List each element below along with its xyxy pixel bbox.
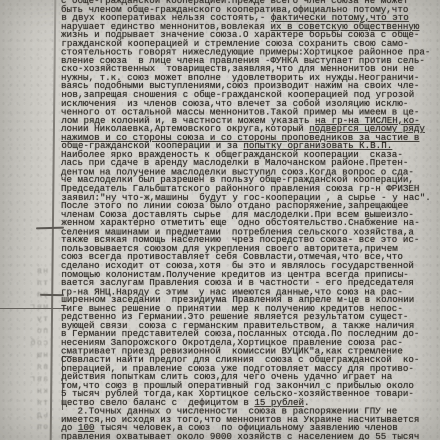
text-line: стоятельность говорят нижеследующие прим… — [61, 49, 437, 58]
bleedthrough-mark: ту — [2, 314, 48, 326]
bleedthrough-mark: кн — [2, 386, 48, 398]
bleedthrough-mark: соб — [2, 338, 48, 350]
text-line: правления охватывает около 9000 хозяйств… — [61, 433, 437, 440]
text-line: нов,запрещая сношения с обще-гражданской… — [61, 91, 437, 100]
text-line: ско-хозяйственных товариществ,заявляя,чт… — [61, 65, 437, 74]
bleedthrough-mark: авг — [2, 374, 48, 386]
text-block: с обще-гражданской кооперацией.Прежде вс… — [61, 0, 437, 440]
text-line: лом ряде колоний и, в частности можем ук… — [61, 117, 437, 126]
text-line: селения машинами и предметами потреблени… — [61, 228, 437, 237]
text-line: действия попыткам слить союз,для чего оч… — [61, 373, 437, 382]
pencil-tick-mark — [36, 227, 64, 230]
text-line: дентом на получение маслоделки выступил … — [61, 168, 437, 177]
text-line: до 100 тысяч человек,а союз по официальн… — [61, 424, 437, 433]
text-line: вующей связи союза с германским правител… — [61, 322, 437, 331]
bleedthrough-mark: уя — [2, 290, 48, 302]
text-line: в двух кооперативах нельзя состоять,- фа… — [61, 14, 437, 23]
bleedthrough-mark: нв — [2, 266, 48, 278]
pencil-horizontal-line — [0, 308, 68, 309]
bleedthrough-text: нвтлуямегтупособнщвяавгкнтяьдоп — [2, 266, 48, 434]
text-line: заявил:"ну что-ж,машины будут у гос-кооп… — [61, 194, 437, 203]
bleedthrough-mark: оп — [2, 422, 48, 434]
bleedthrough-mark: вя — [2, 362, 48, 374]
text-line: обще-гражданской кооперации и за попытку… — [61, 142, 437, 151]
bleedthrough-mark: тл — [2, 278, 48, 290]
page-fold-line — [50, 0, 57, 440]
text-line: ширенном заседании президиума Правления … — [61, 296, 437, 305]
text-line: 2.Точных данных о численности союза в ра… — [61, 408, 437, 417]
scanned-page: нвтлуямегтупособнщвяавгкнтяьдоп с обще-г… — [0, 0, 440, 440]
bleedthrough-mark: нщ — [2, 350, 48, 362]
text-line: пользовывается союзом для укрепления сво… — [61, 245, 437, 254]
bleedthrough-mark: по — [2, 326, 48, 338]
text-line: сматривает приезд ревизионной комиссии В… — [61, 348, 437, 357]
text-line: помощью колонистам.Получение кредитов из… — [61, 271, 437, 280]
bleedthrough-mark: тя — [2, 398, 48, 410]
bleedthrough-mark: ьд — [2, 410, 48, 422]
